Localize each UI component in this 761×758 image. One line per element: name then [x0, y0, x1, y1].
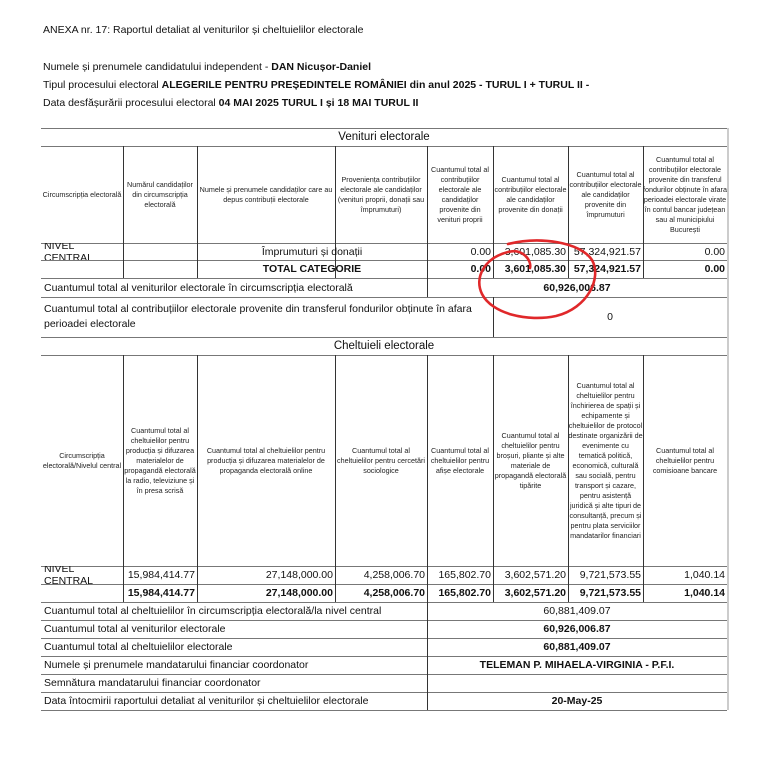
- income-donations-value: 3,601,085.30: [493, 243, 568, 260]
- transfer-funds-label: Cuantumul total al contribuțiilor electo…: [41, 297, 493, 337]
- expenses-column-header: Cuantumul total al cheltuielilor pentru …: [568, 355, 643, 566]
- income-total-transfer: 0.00: [643, 260, 727, 278]
- income-column-header: Cuantumul total al contribuțiilor electo…: [493, 146, 568, 243]
- expenses-row-value: 4,258,006.70: [335, 566, 427, 584]
- expenses-total-value: 27,148,000.00: [197, 584, 335, 602]
- column-divider: [568, 355, 569, 602]
- column-divider: [427, 355, 428, 602]
- expenses-section-title: Cheltuieli electorale: [41, 337, 727, 355]
- expenses-row-value: 165,802.70: [427, 566, 493, 584]
- summary-value: 60,926,006.87: [427, 620, 727, 638]
- summary-value: 60,881,409.07: [427, 602, 727, 620]
- income-loans-value: 57,324,921.57: [568, 243, 643, 260]
- column-divider: [427, 278, 428, 297]
- expenses-row-value: 1,040.14: [643, 566, 727, 584]
- income-own-value: 0.00: [427, 243, 493, 260]
- expenses-column-header: Cuantumul total al cheltuielilor pentru …: [123, 355, 197, 566]
- income-total-loans: 57,324,921.57: [568, 260, 643, 278]
- income-row-provenance: Împrumuturi și donații: [197, 243, 427, 260]
- income-row-circumscription: NIVEL CENTRAL: [41, 243, 123, 260]
- expenses-total-value: 1,040.14: [643, 584, 727, 602]
- transfer-funds-value: 0: [493, 297, 727, 337]
- income-column-header: Numărul candidaților din circumscripția …: [123, 146, 197, 243]
- summary-label: Cuantumul total al cheltuielilor elector…: [41, 638, 427, 656]
- report-table: Venituri electoraleCircumscripția electo…: [0, 0, 761, 758]
- column-divider: [197, 355, 198, 602]
- income-total-donations: 3,601,085.30: [493, 260, 568, 278]
- income-column-header: Circumscripția electorală: [41, 146, 123, 243]
- column-divider: [493, 355, 494, 602]
- income-column-header: Cuantumul total al contribuțiilor electo…: [643, 146, 727, 243]
- column-divider: [643, 355, 644, 602]
- summary-value: 60,881,409.07: [427, 638, 727, 656]
- expenses-column-header: Cuantumul total al cheltuielilor pentru …: [493, 355, 568, 566]
- summary-label: Numele și prenumele mandatarului financi…: [41, 656, 427, 674]
- income-transfer-value: 0.00: [643, 243, 727, 260]
- income-total-label: TOTAL CATEGORIE: [197, 260, 427, 278]
- expenses-column-header: Cuantumul total al cheltuielilor pentru …: [197, 355, 335, 566]
- expenses-total-value: 9,721,573.55: [568, 584, 643, 602]
- summary-value: TELEMAN P. MIHAELA-VIRGINIA - P.F.I.: [427, 656, 727, 674]
- expenses-row-value: 15,984,414.77: [123, 566, 197, 584]
- income-column-header: Cuantumul total al contribuțiilor electo…: [427, 146, 493, 243]
- income-section-title: Venituri electorale: [41, 128, 727, 146]
- expenses-total-value: [41, 584, 123, 602]
- income-column-header: Cuantumul total al contribuțiilor electo…: [568, 146, 643, 243]
- expenses-total-value: 15,984,414.77: [123, 584, 197, 602]
- income-total-circumscription-value: 60,926,006.87: [427, 278, 727, 297]
- expenses-column-header: Cuantumul total al cheltuielilor pentru …: [427, 355, 493, 566]
- column-divider: [493, 297, 494, 337]
- summary-label: Cuantumul total al cheltuielilor în circ…: [41, 602, 427, 620]
- column-divider: [335, 355, 336, 602]
- income-row-candidates: [123, 243, 197, 260]
- expenses-total-value: 4,258,006.70: [335, 584, 427, 602]
- column-divider: [427, 602, 428, 710]
- expenses-total-value: 165,802.70: [427, 584, 493, 602]
- expenses-row-value: 9,721,573.55: [568, 566, 643, 584]
- expenses-row-value: 3,602,571.20: [493, 566, 568, 584]
- income-total-own: 0.00: [427, 260, 493, 278]
- income-total-circumscription-label: Cuantumul total al veniturilor electoral…: [41, 278, 427, 297]
- expenses-row-value: 27,148,000.00: [197, 566, 335, 584]
- income-column-header: Numele și prenumele candidaților care au…: [197, 146, 335, 243]
- column-divider: [123, 355, 124, 602]
- expenses-row-value: NIVEL CENTRAL: [41, 566, 123, 584]
- row-divider: [41, 710, 727, 711]
- summary-label: Semnătura mandatarului financiar coordon…: [41, 674, 427, 692]
- summary-value: [427, 674, 727, 692]
- summary-label: Cuantumul total al veniturilor electoral…: [41, 620, 427, 638]
- expenses-column-header: Circumscripția electorală/Nivelul centra…: [41, 355, 123, 566]
- expenses-column-header: Cuantumul total al cheltuielilor pentru …: [643, 355, 727, 566]
- income-column-header: Proveniența contribuțiilor electorale al…: [335, 146, 427, 243]
- expenses-total-value: 3,602,571.20: [493, 584, 568, 602]
- table-right-edge: [727, 128, 729, 710]
- expenses-column-header: Cuantumul total al cheltuielilor pentru …: [335, 355, 427, 566]
- summary-value: 20-May-25: [427, 692, 727, 710]
- summary-label: Data întocmirii raportului detaliat al v…: [41, 692, 427, 710]
